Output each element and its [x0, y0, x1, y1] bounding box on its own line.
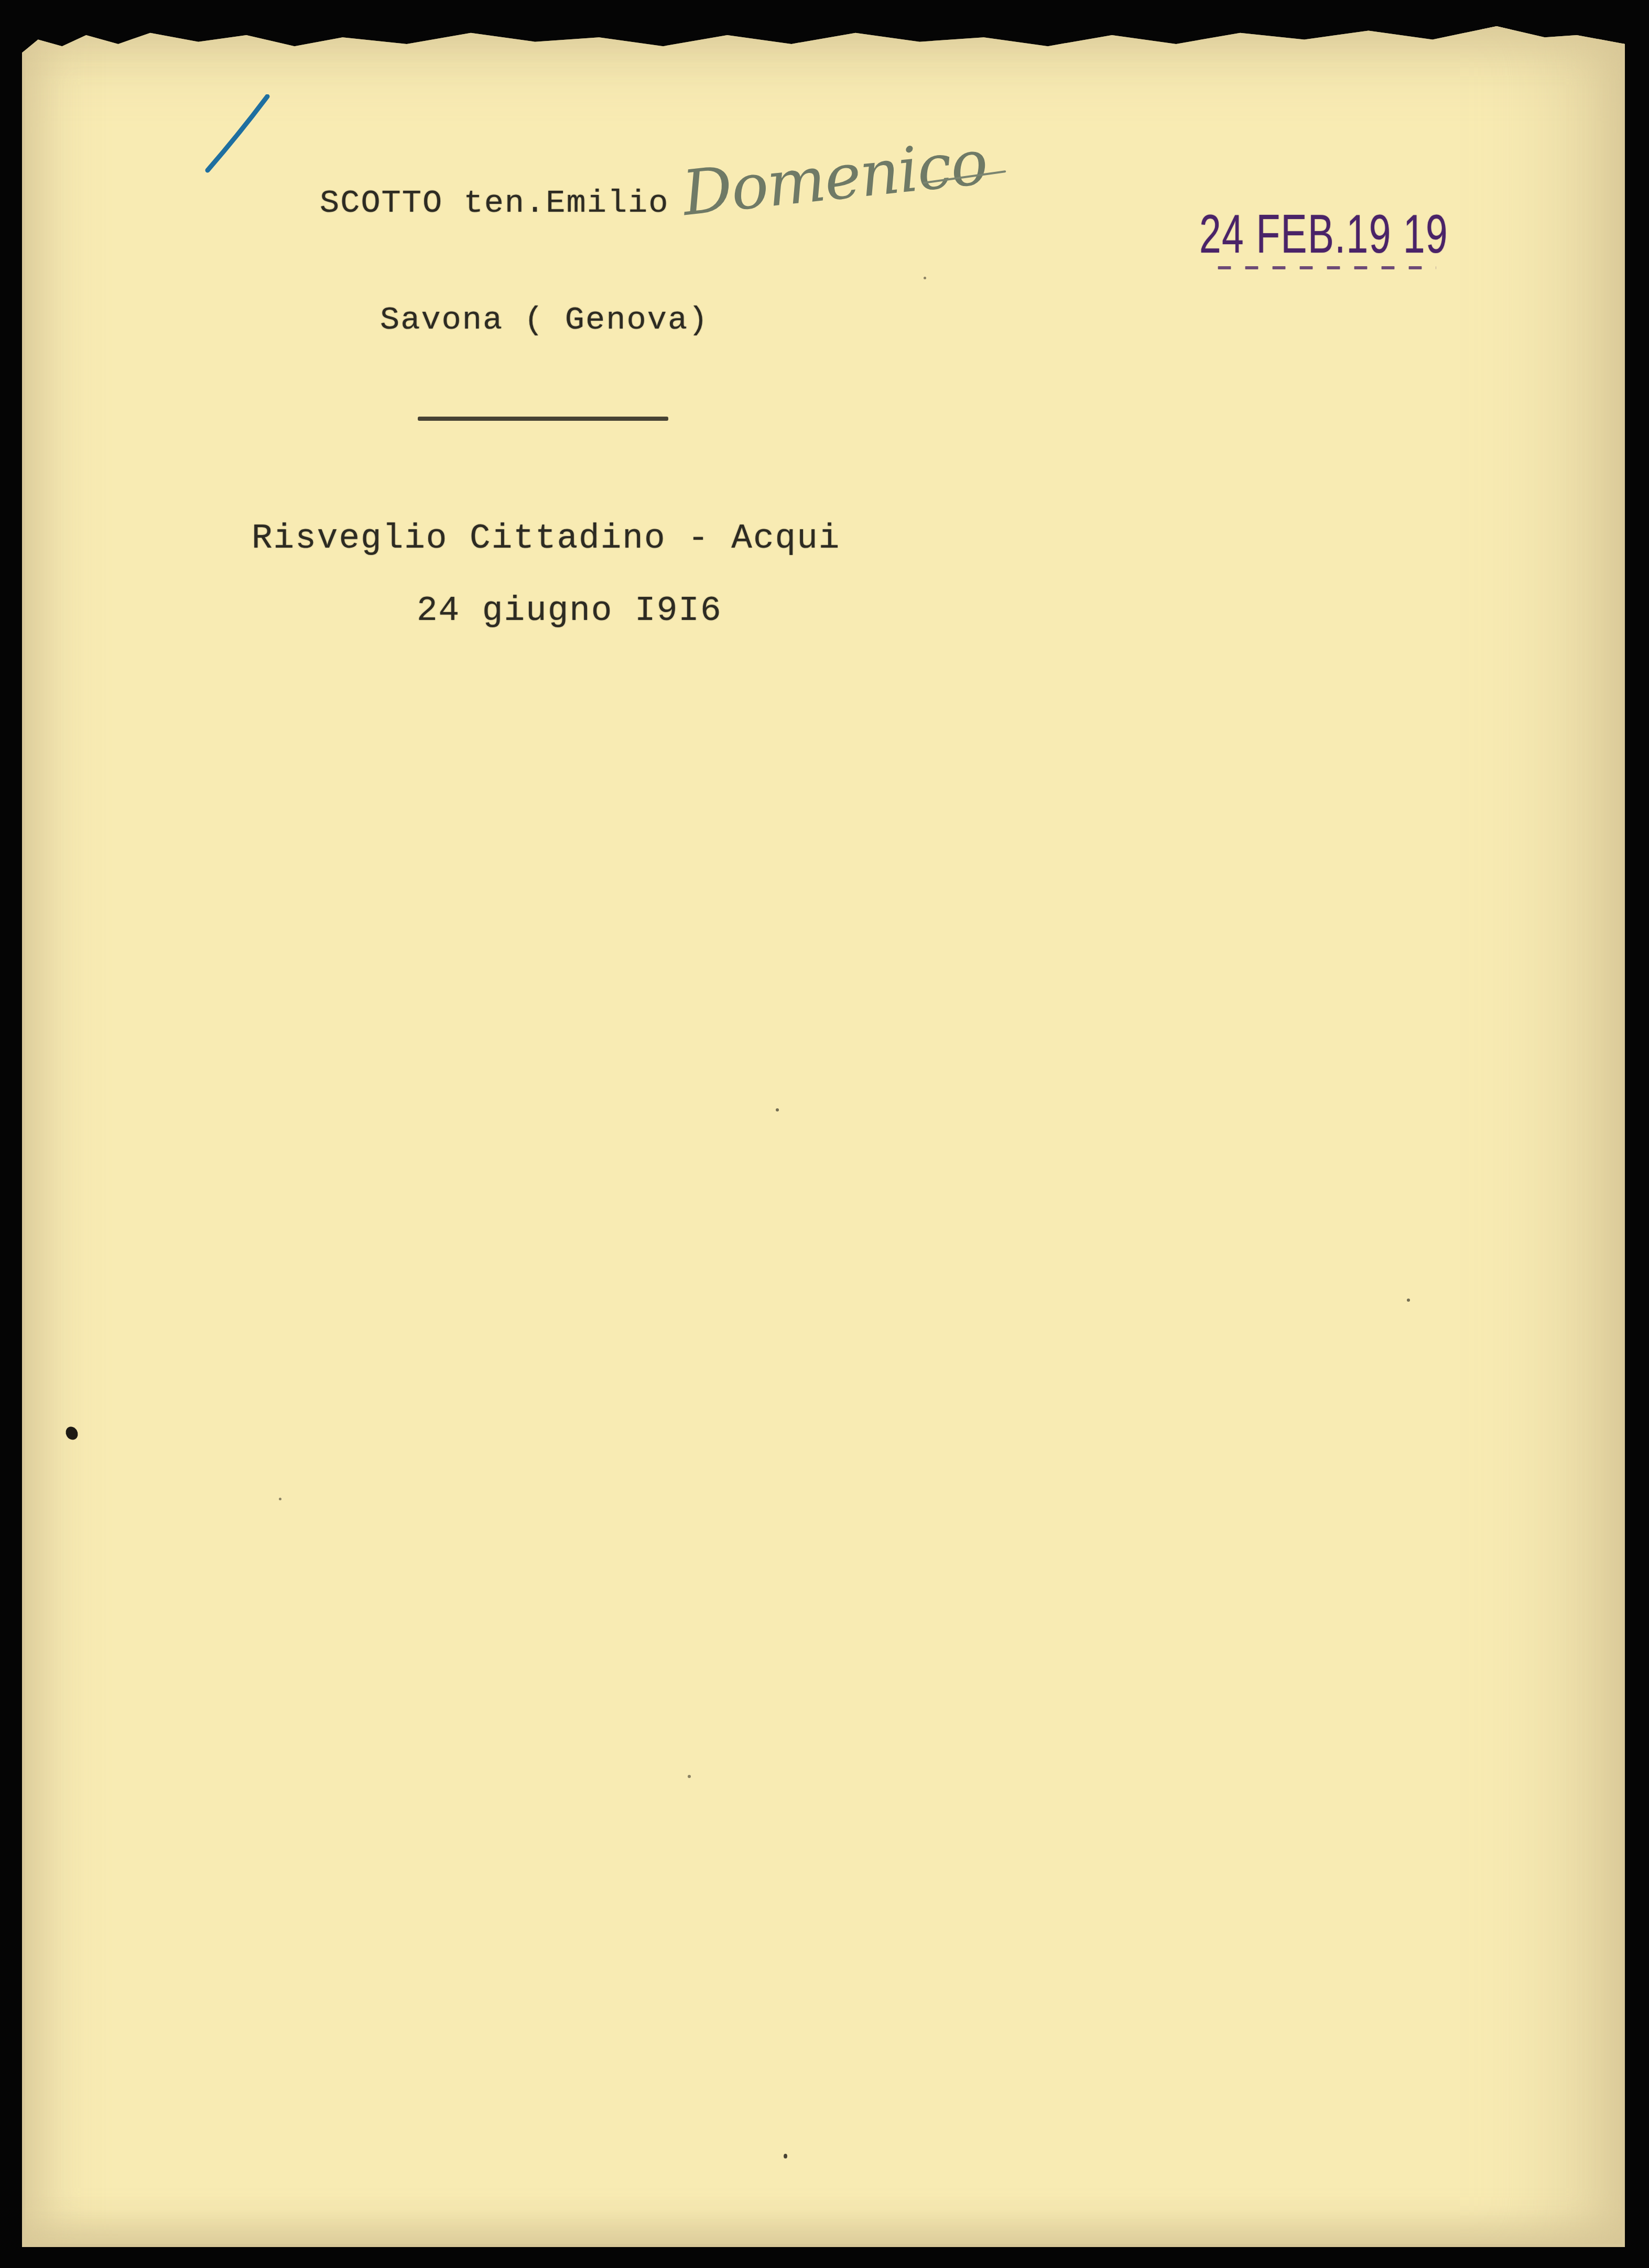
date-stamp: 24 FEB.19 19: [1199, 203, 1448, 266]
paper-speck: [924, 277, 926, 279]
paper-speck: [688, 1775, 691, 1778]
document-card: [22, 26, 1625, 2247]
paper-speck: [279, 1498, 281, 1500]
paper-speck: [1407, 1299, 1410, 1302]
paper-speck: [776, 1108, 779, 1111]
horizontal-divider: [418, 417, 668, 421]
typed-name: SCOTTO ten.Emilio: [320, 184, 669, 222]
stamp-dotted-underline: [1211, 266, 1436, 269]
typed-location: Savona ( Genova): [380, 301, 709, 339]
paper-speck: [784, 2154, 787, 2158]
pencil-tick-mark-icon: [203, 94, 272, 173]
typed-date: 24 giugno I9I6: [417, 591, 722, 630]
typed-source: Risveglio Cittadino - Acqui: [252, 519, 840, 558]
